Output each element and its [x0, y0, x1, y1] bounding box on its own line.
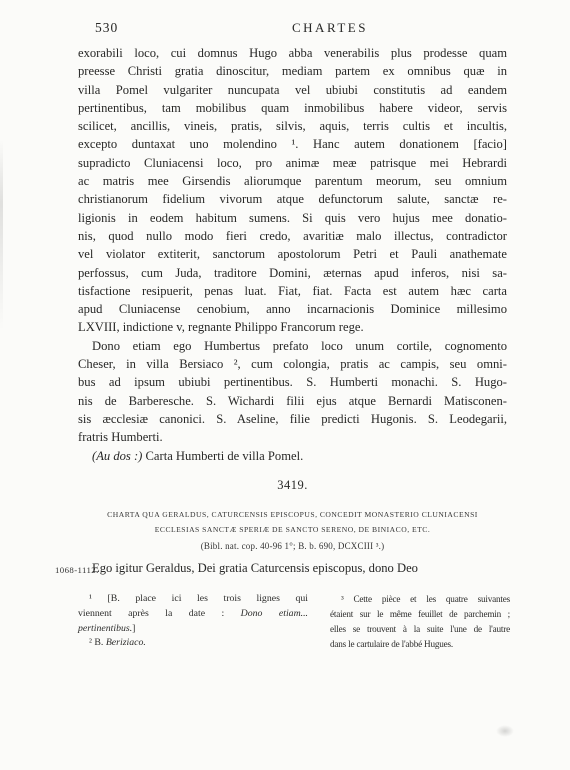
scan-artifact-edge	[0, 140, 3, 330]
text-line: villa Pomel vulgariter nuncupata vel ubi…	[78, 81, 507, 99]
au-dos-note: (Au dos :) Carta Humberti de villa Pomel…	[78, 447, 507, 465]
text-line: elles se trouvent à la suite l'une de l'…	[330, 622, 510, 637]
plain-text: elles se trouvent à la suite l'une de l'…	[330, 624, 510, 634]
text-line: exorabili loco, cui domnus Hugo abba ven…	[78, 44, 507, 62]
charter-title: CHARTA QUA GERALDUS, CATURCENSIS EPISCOP…	[78, 507, 507, 537]
text-line: sis æcclesiæ canonici. S. Aseline, filie…	[78, 410, 507, 428]
italic-text: (Au dos :)	[92, 449, 146, 463]
text-line: preesse Christi gratia dinoscitur, media…	[78, 62, 507, 80]
text-line: ¹ [B. place ici les trois lignes qui	[78, 592, 308, 607]
plain-text: dans le cartulaire de l'abbé Hugues.	[330, 639, 453, 649]
running-title: CHARTES	[292, 20, 368, 36]
plain-text: ]	[132, 623, 135, 634]
text-line: bus ad ipsum ubiubi pertinentibus. S. Hu…	[78, 373, 507, 391]
paragraph-continuation: exorabili loco, cui domnus Hugo abba ven…	[78, 44, 507, 337]
text-line: excepto duntaxat uno molendino ¹. Hanc a…	[78, 135, 507, 153]
plain-text: viennent après la date :	[78, 608, 241, 619]
charter-body-text: exorabili loco, cui domnus Hugo abba ven…	[78, 44, 507, 465]
text-line: supradicto Cluniacensi loco, pro animæ m…	[78, 154, 507, 172]
text-line: ² B. Beriziaco.	[78, 636, 308, 651]
text-line: ³ Cette pièce et les quatre suivantes	[330, 592, 510, 607]
text-line: pertinentibus.]	[78, 622, 308, 637]
text-line: vel violator extiterit, sanctorum aposto…	[78, 245, 507, 263]
text-line: ac matris mee Girsendis aliorumque paren…	[78, 172, 507, 190]
text-line: Cheser, in villa Bersiaco ², cum colongi…	[78, 355, 507, 373]
text-line: (Au dos :) Carta Humberti de villa Pomel…	[78, 447, 507, 465]
text-line: ligionis in eodem habitum sumens. Si qui…	[78, 209, 507, 227]
scan-artifact-speck	[496, 725, 514, 737]
plain-text: ² B.	[89, 637, 106, 648]
plain-text: Carta Humberti de villa Pomel.	[146, 449, 304, 463]
footnote-1: ¹ [B. place ici les trois lignes quivien…	[78, 592, 308, 636]
text-line: fratris Humberti.	[78, 428, 507, 446]
text-line: étaient sur le même feuillet de parchemi…	[330, 607, 510, 622]
opening-text: Ego igitur Geraldus, Dei gratia Caturcen…	[78, 559, 507, 577]
charter-number: 3419.	[78, 478, 507, 493]
text-line: christianorum fidelium vivorum atque def…	[78, 190, 507, 208]
page-number: 530	[95, 20, 118, 36]
charter-opening-line: Ego igitur Geraldus, Dei gratia Caturcen…	[78, 559, 507, 577]
text-line: apud Cluniacense cenobium, anno incarnac…	[78, 300, 507, 318]
text-line: Ego igitur Geraldus, Dei gratia Caturcen…	[78, 559, 507, 577]
text-line: pertinentibus, tam mobilibus quam inmobi…	[78, 99, 507, 117]
text-line: tisfactione resipuerit, penas luat. Fiat…	[78, 282, 507, 300]
text-line: dans le cartulaire de l'abbé Hugues.	[330, 637, 510, 652]
plain-text: ¹ [B. place ici les trois lignes qui	[89, 593, 308, 604]
footnotes-right-column: ³ Cette pièce et les quatre suivanteséta…	[330, 592, 510, 652]
text-line: viennent après la date : Dono etiam...	[78, 607, 308, 622]
text-line: CHARTA QUA GERALDUS, CATURCENSIS EPISCOP…	[78, 507, 507, 522]
text-line: nis, quod nullo modo fieri credo, avarit…	[78, 227, 507, 245]
plain-text: ³ Cette pièce et les quatre suivantes	[341, 594, 510, 604]
text-line: ECCLESIAS SANCTÆ SPERIÆ DE SANCTO SERENO…	[78, 522, 507, 537]
text-line: LXVIII, indictione v, regnante Philippo …	[78, 318, 507, 336]
footnote-2: ² B. Beriziaco.	[78, 636, 308, 651]
footnote-3: ³ Cette pièce et les quatre suivanteséta…	[330, 592, 510, 652]
italic-text: pertinentibus.	[78, 623, 132, 634]
italic-text: Dono etiam...	[241, 608, 308, 619]
text-line: nis de Barberesche. S. Wichardi filii ej…	[78, 392, 507, 410]
source-reference: (Bibl. nat. cop. 40-96 1°; B. b. 690, DC…	[78, 541, 507, 551]
italic-text: Beriziaco.	[106, 637, 146, 648]
book-page: 530 CHARTES exorabili loco, cui domnus H…	[0, 0, 570, 770]
footnotes-left-column: ¹ [B. place ici les trois lignes quivien…	[78, 592, 308, 651]
text-line: scilicet, ancillis, vineis, pratis, silv…	[78, 117, 507, 135]
text-line: Dono etiam ego Humbertus prefato loco un…	[78, 337, 507, 355]
plain-text: étaient sur le même feuillet de parchemi…	[330, 609, 510, 619]
paragraph-dono-etiam: Dono etiam ego Humbertus prefato loco un…	[78, 337, 507, 447]
text-line: perfossus, cum Juda, traditore Domini, æ…	[78, 264, 507, 282]
